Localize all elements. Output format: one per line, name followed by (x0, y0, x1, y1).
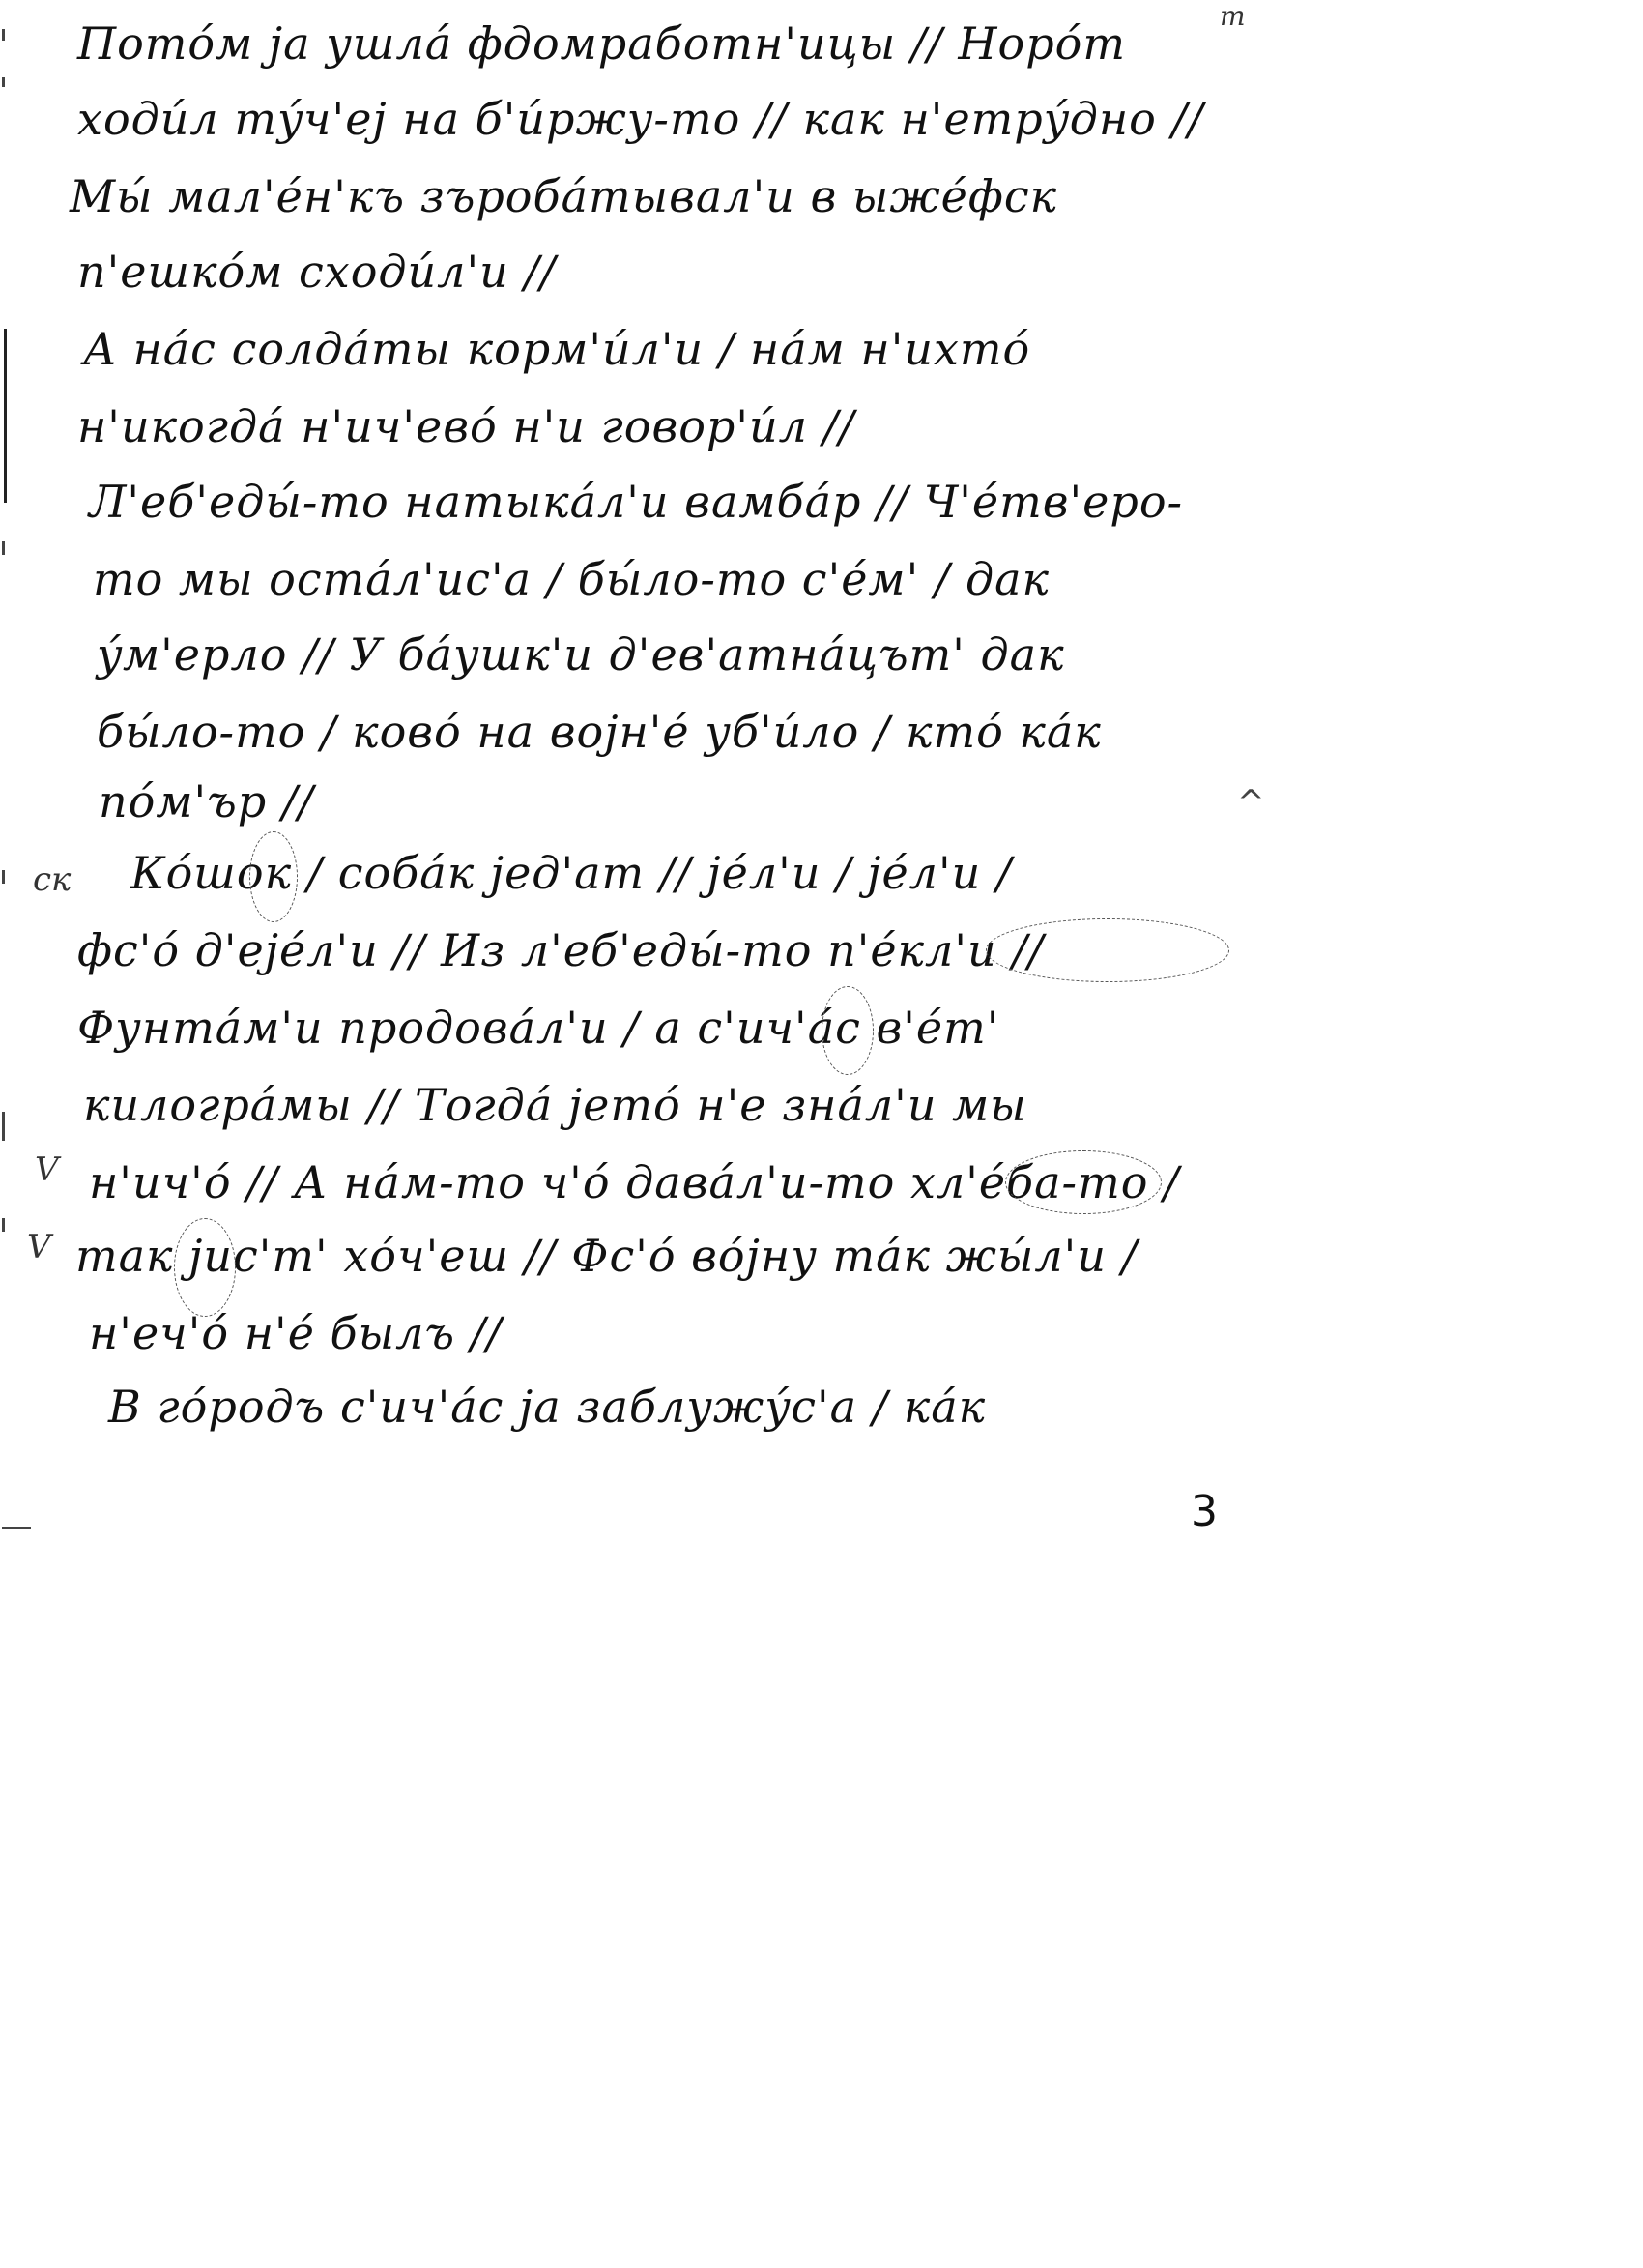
scan-edge-mark (2, 1112, 5, 1141)
text-line-3: Мы́ мал'éн'къ зъробáтывал'и в ыжéфск (70, 174, 1057, 218)
text-line-11: пóм'ър // (99, 779, 314, 824)
text-line-13: фс'ó д'еjéл'и // Из л'еб'еды́-то п'éкл'и… (77, 928, 1044, 973)
page-number: 3 (1191, 1487, 1218, 1536)
scan-edge-mark (2, 1218, 5, 1232)
correction-circle (174, 1218, 236, 1317)
text-line-10: бы́ло-то / ковó на воjн'é уб'úло / ктó к… (97, 710, 1102, 754)
margin-check: V (35, 1150, 59, 1189)
text-line-4: п'ешкóм сходúл'и // (77, 249, 556, 294)
text-line-15: килогрáмы // Тогдá jетó н'е знáл'и мы (83, 1083, 1027, 1127)
scan-edge-mark (2, 29, 5, 41)
correction-circle (821, 986, 874, 1075)
scan-edge-bar (4, 329, 7, 503)
correction-circle (249, 831, 298, 922)
scan-edge-mark (2, 541, 5, 555)
scan-edge-mark (2, 870, 5, 884)
scan-edge-mark (2, 77, 5, 87)
margin-note: ск (33, 860, 71, 899)
text-line-2: ходúл тýч'еj на б'úржу-то // как н'етрýд… (77, 97, 1204, 141)
document-page: m Потóм ja ушлá фдомработн'ицы // Норóт … (0, 0, 1643, 2268)
text-line-5: А нáс солдáты корм'úл'и / нáм н'ихтó (83, 327, 1030, 371)
text-line-1: Потóм ja ушлá фдомработн'ицы // Норóт (77, 21, 1126, 66)
text-line-7: Л'еб'еды́-то натыкáл'и вамбáр // Ч'éтв'е… (89, 480, 1183, 524)
scan-edge-mark (2, 1527, 31, 1529)
text-line-18: н'еч'ó н'é былъ // (89, 1311, 503, 1355)
text-line-8: то мы остáл'ис'а / бы́ло-то с'éм' / дак (93, 557, 1050, 601)
margin-check: V (27, 1228, 51, 1266)
text-line-6: н'икогдá н'ич'евó н'и говор'úл // (77, 404, 855, 449)
insertion-caret: ^ (1237, 783, 1265, 822)
correction-circle (986, 918, 1229, 982)
superscript-correction: m (1220, 0, 1246, 32)
text-line-9: ýм'ерло // У бáушк'и д'ев'атнáцът' дак (97, 632, 1065, 677)
correction-circle (1005, 1150, 1162, 1214)
text-line-19: В гóродъ с'ич'áс jа заблужýс'а / кáк (108, 1384, 986, 1429)
